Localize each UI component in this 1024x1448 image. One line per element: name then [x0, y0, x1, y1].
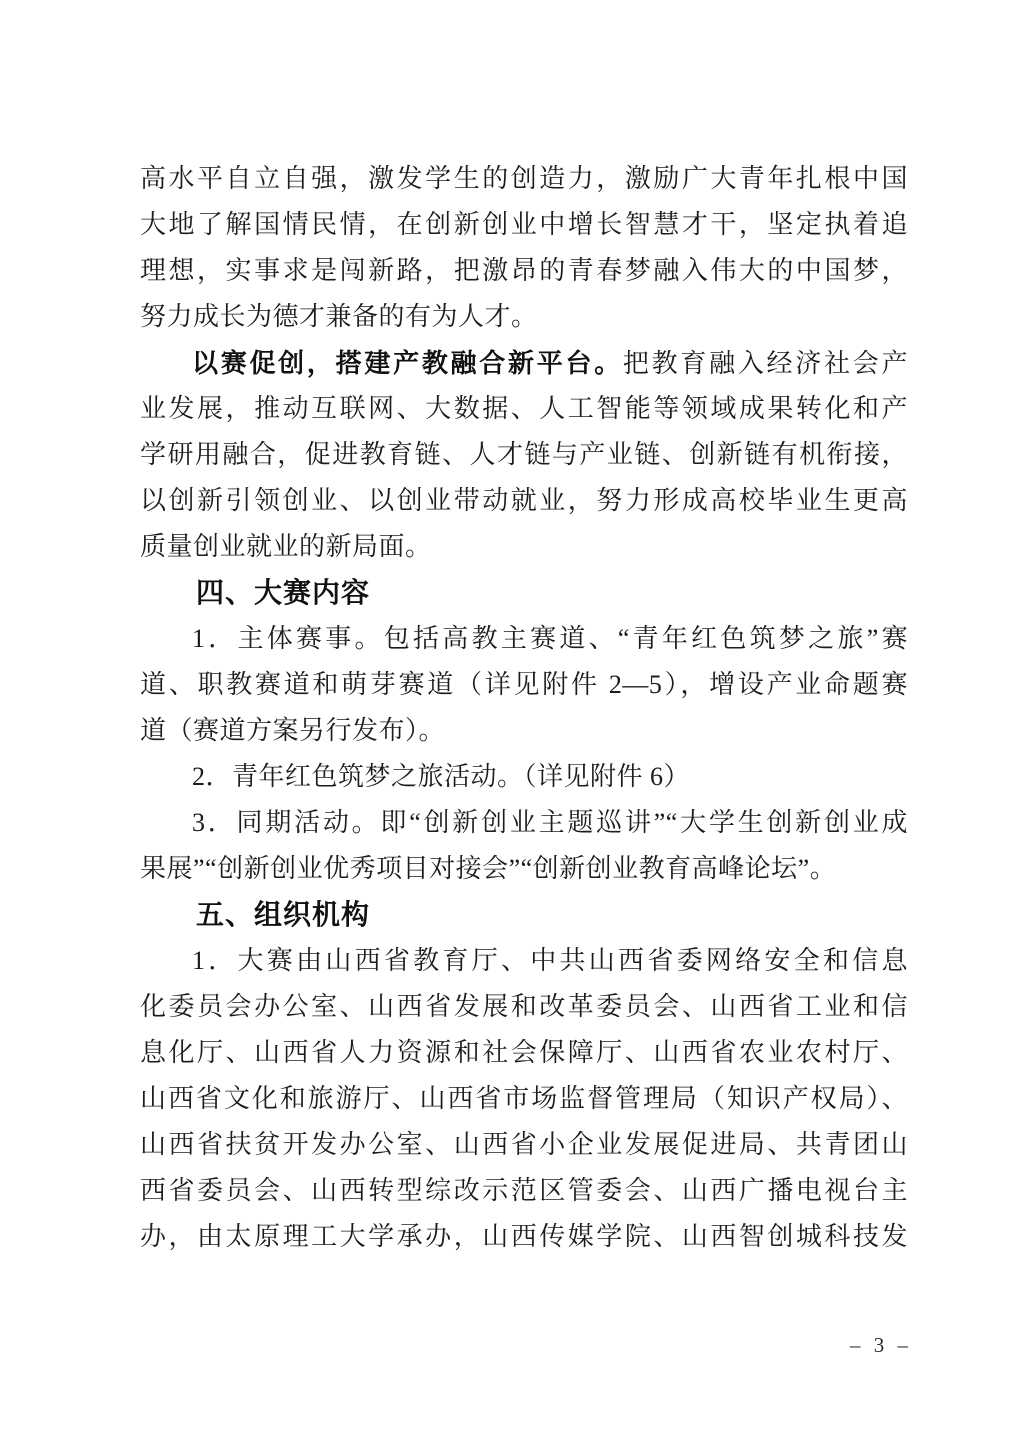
document-body: 高水平自立自强，激发学生的创造力，激励广大青年扎根中国 大地了解国情民情，在创新…: [140, 156, 908, 1260]
body-line: 化委员会办公室、山西省发展和改革委员会、山西省工业和信: [140, 984, 908, 1030]
body-line: 果展”“创新创业优秀项目对接会”“创新创业教育高峰论坛”。: [140, 846, 908, 892]
body-line: 高水平自立自强，激发学生的创造力，激励广大青年扎根中国: [140, 156, 908, 202]
body-line: 办，由太原理工大学承办，山西传媒学院、山西智创城科技发: [140, 1214, 908, 1260]
body-line: 努力成长为德才兼备的有为人才。: [140, 294, 908, 340]
body-line: 山西省扶贫开发办公室、山西省小企业发展促进局、共青团山: [140, 1122, 908, 1168]
paragraph-continuation: 高水平自立自强，激发学生的创造力，激励广大青年扎根中国 大地了解国情民情，在创新…: [140, 156, 908, 340]
body-line: 以赛促创，搭建产教融合新平台。把教育融入经济社会产: [140, 340, 908, 386]
body-line: 1．主体赛事。包括高教主赛道、“青年红色筑梦之旅”赛: [140, 616, 908, 662]
body-line: 理想，实事求是闯新路，把激昂的青春梦融入伟大的中国梦，: [140, 248, 908, 294]
paragraph-platform: 以赛促创，搭建产教融合新平台。把教育融入经济社会产 业发展，推动互联网、大数据、…: [140, 340, 908, 570]
body-line: 以创新引领创业、以创业带动就业，努力形成高校毕业生更高: [140, 478, 908, 524]
section-heading-competition-content: 四、大赛内容: [140, 570, 908, 616]
bold-lead-phrase: 以赛促创，搭建产教融合新平台。: [192, 348, 623, 378]
section-heading-organization: 五、组织机构: [140, 892, 908, 938]
body-line: 3．同期活动。即“创新创业主题巡讲”“大学生创新创业成: [140, 800, 908, 846]
body-line: 学研用融合，促进教育链、人才链与产业链、创新链有机衔接，: [140, 432, 908, 478]
body-line: 质量创业就业的新局面。: [140, 524, 908, 570]
document-page: 高水平自立自强，激发学生的创造力，激励广大青年扎根中国 大地了解国情民情，在创新…: [0, 0, 1024, 1448]
body-line: 2．青年红色筑梦之旅活动。（详见附件 6）: [140, 754, 908, 800]
page-number: – 3 –: [850, 1333, 912, 1358]
body-line: 道（赛道方案另行发布）。: [140, 708, 908, 754]
body-line: 1．大赛由山西省教育厅、中共山西省委网络安全和信息: [140, 938, 908, 984]
body-line: 大地了解国情民情，在创新创业中增长智慧才干，坚定执着追: [140, 202, 908, 248]
section-competition-content: 四、大赛内容 1．主体赛事。包括高教主赛道、“青年红色筑梦之旅”赛 道、职教赛道…: [140, 570, 908, 892]
body-line: 息化厅、山西省人力资源和社会保障厅、山西省农业农村厅、: [140, 1030, 908, 1076]
body-line: 山西省文化和旅游厅、山西省市场监督管理局（知识产权局）、: [140, 1076, 908, 1122]
body-text: 把教育融入经济社会产: [623, 349, 908, 378]
body-line: 西省委员会、山西转型综改示范区管委会、山西广播电视台主: [140, 1168, 908, 1214]
body-line: 道、职教赛道和萌芽赛道（详见附件 2—5），增设产业命题赛: [140, 662, 908, 708]
section-organization: 五、组织机构 1．大赛由山西省教育厅、中共山西省委网络安全和信息 化委员会办公室…: [140, 892, 908, 1260]
body-line: 业发展，推动互联网、大数据、人工智能等领域成果转化和产: [140, 386, 908, 432]
